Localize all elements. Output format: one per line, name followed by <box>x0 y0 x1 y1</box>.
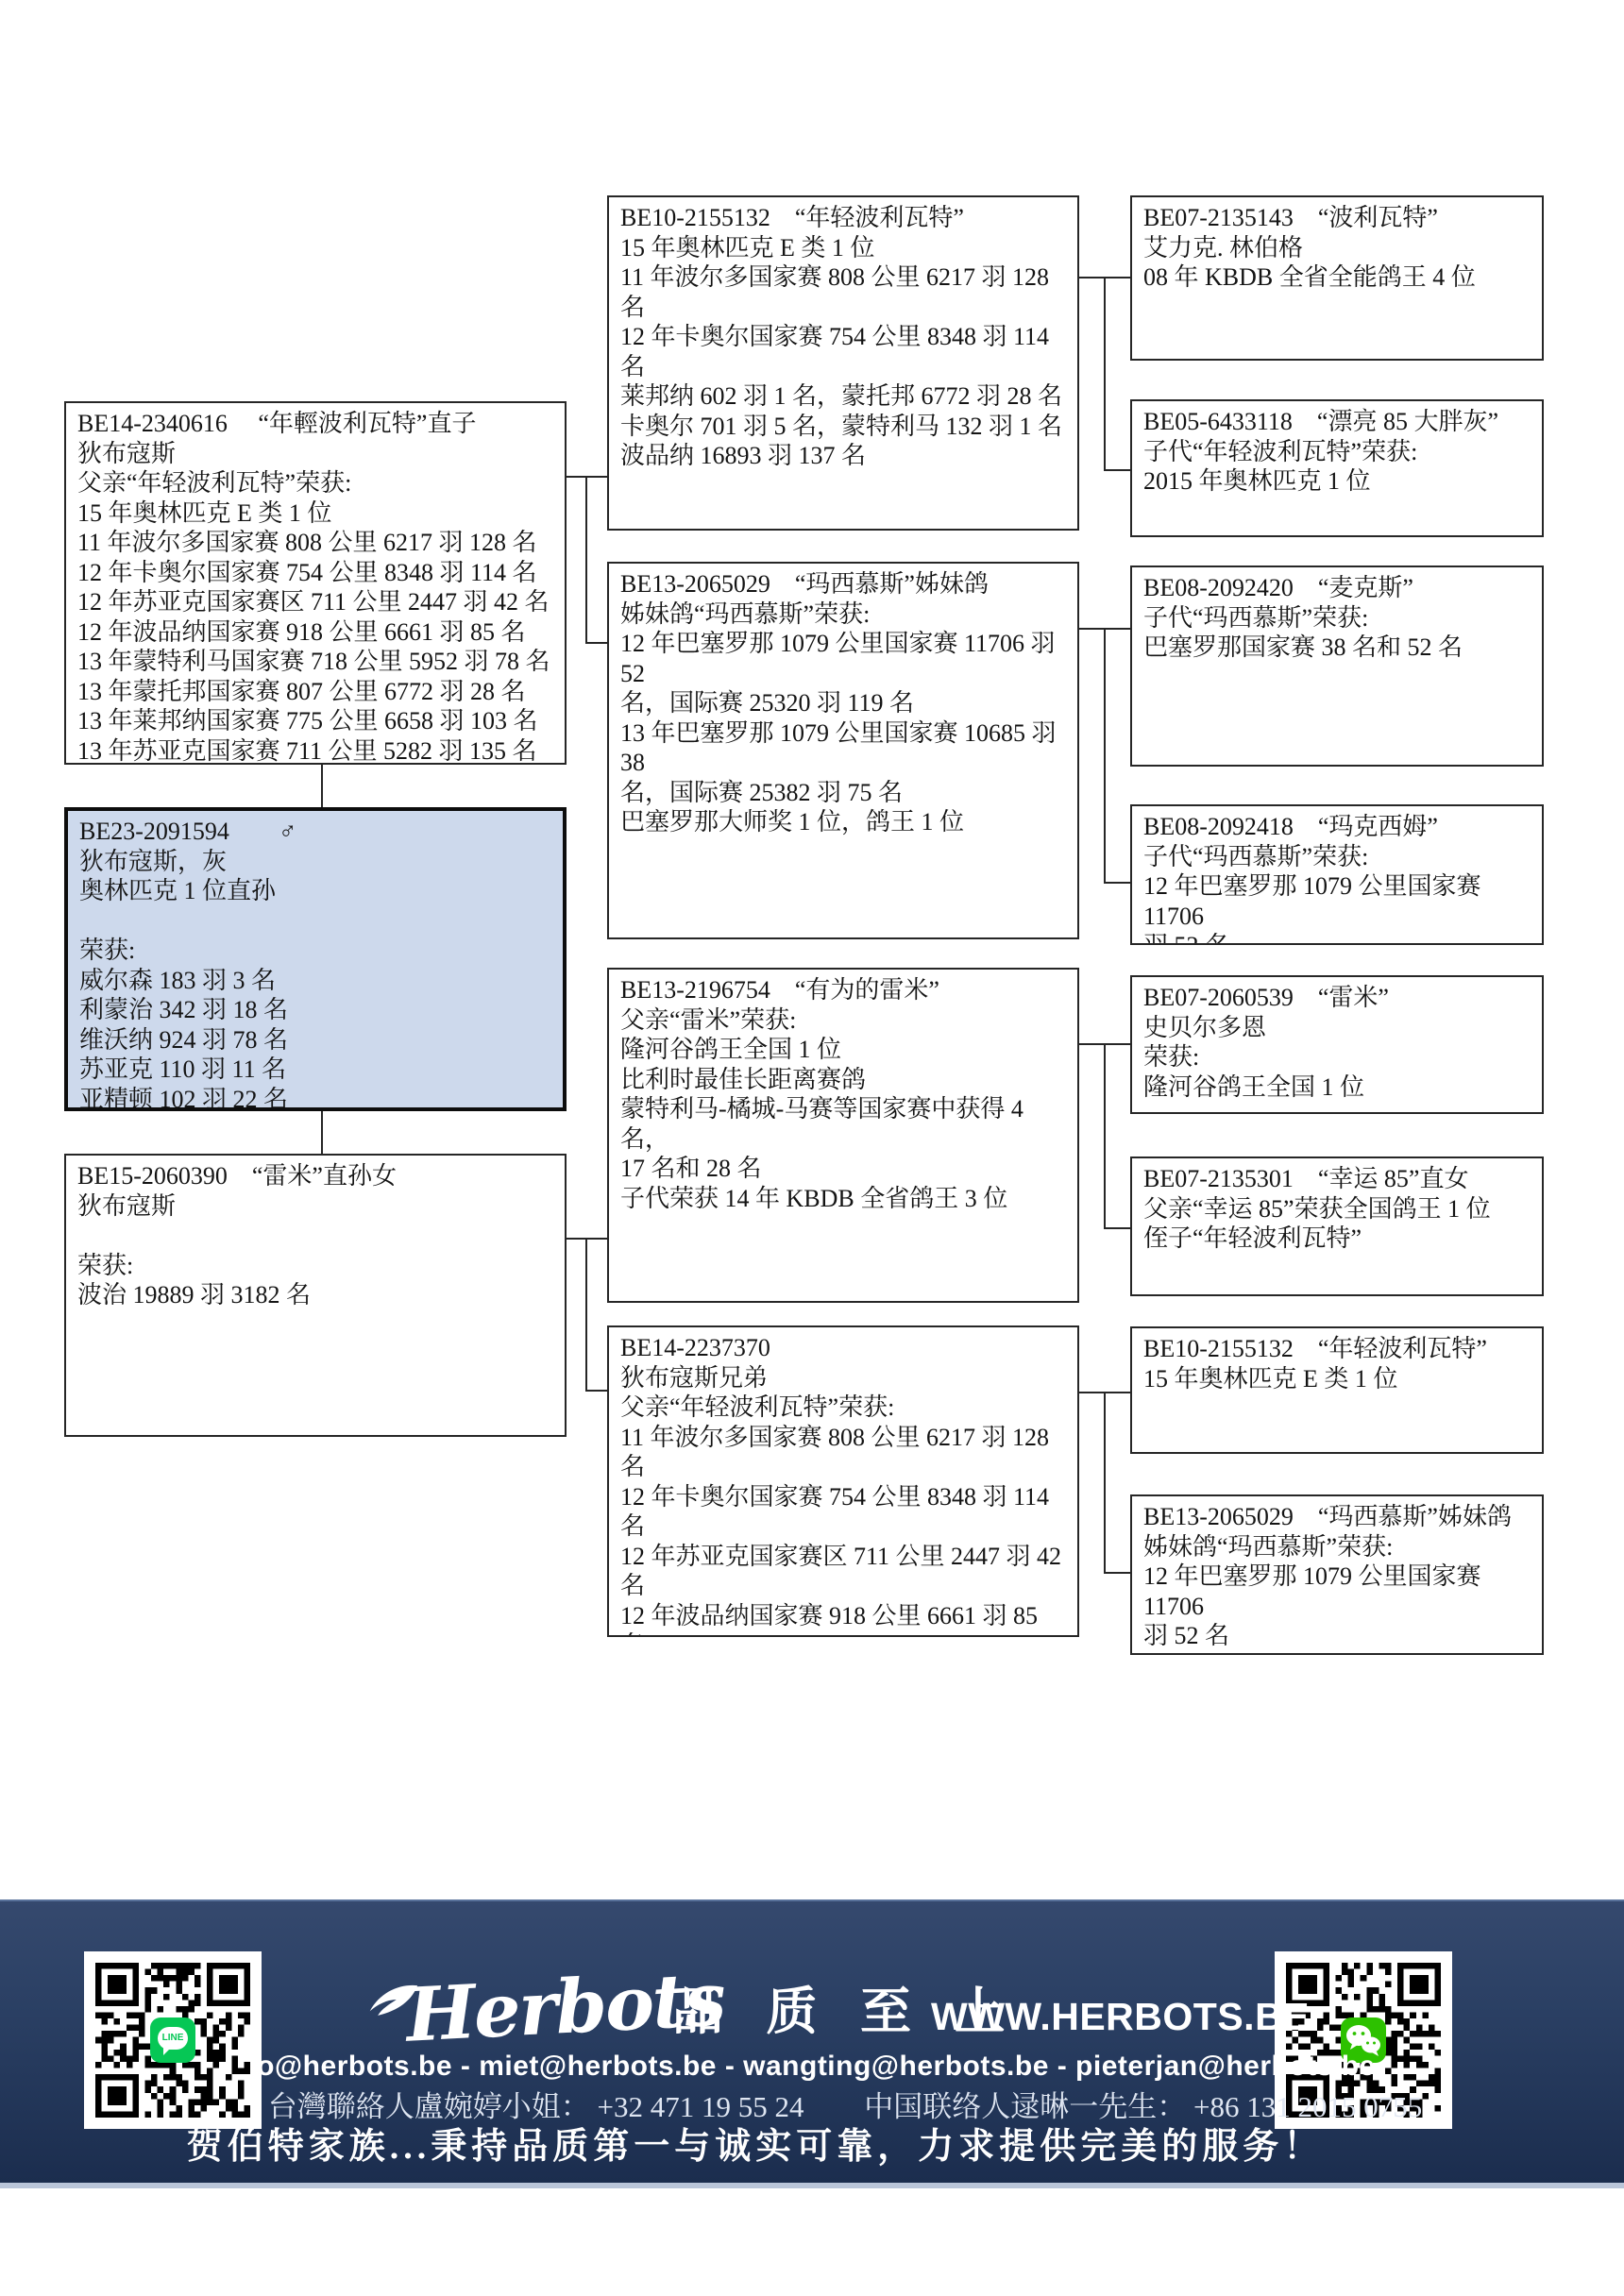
box-line: 12 年巴塞罗那 1079 公里国家赛 11706 <box>1143 1562 1531 1621</box>
pedigree-box-be13-2065029-dup: BE13-2065029 “玛西慕斯”姊妹鸽姊妹鸽“玛西慕斯”荣获:12 年巴塞… <box>1130 1494 1544 1655</box>
connector-line <box>585 642 607 644</box>
box-line: 狄布寇斯 <box>77 439 553 469</box>
connector-line <box>585 476 587 642</box>
china-contact: 中国联络人逯晽一先生： +86 131 2015 0755 <box>864 2090 1422 2123</box>
box-line: BE13-2196754 “有为的雷米” <box>620 975 1066 1005</box>
pedigree-box-be07-2060539: BE07-2060539 “雷米”史贝尔多恩荣获:隆河谷鸽王全国 1 位 <box>1130 975 1544 1114</box>
box-line: 13 年苏亚克国家赛 711 公里 5282 羽 135 名 <box>77 736 553 766</box>
pedigree-box-be07-2135301: BE07-2135301 “幸运 85”直女父亲“幸运 85”荣获全国鸽王 1 … <box>1130 1156 1544 1296</box>
box-line: 12 年波品纳国家赛 918 公里 6661 羽 85 名 <box>77 617 553 648</box>
box-line: BE08-2092418 “玛克西姆” <box>1143 812 1531 842</box>
box-line: 卡奥尔 701 羽 5 名，蒙特利马 132 羽 1 名 <box>620 412 1066 442</box>
box-line: 蒙特利马-橘城-马赛等国家赛中获得 4 名， <box>620 1094 1066 1154</box>
connector-line <box>1104 1227 1130 1229</box>
website-url: WWW.HERBOTS.BE <box>931 1992 1310 2041</box>
connector-line <box>1104 628 1106 882</box>
email-line: jo@herbots.be - miet@herbots.be - wangti… <box>0 2049 1624 2085</box>
box-line: BE07-2135143 “波利瓦特” <box>1143 203 1531 233</box>
box-line: 子代“年轻波利瓦特”荣获: <box>1143 437 1531 467</box>
box-line: 名，国际赛 25320 羽 119 名 <box>620 688 1066 718</box>
box-line: 羽 52 名 <box>1143 1621 1531 1651</box>
box-line: 12 年卡奥尔国家赛 754 公里 8348 羽 114 名 <box>620 1482 1066 1542</box>
connector-line <box>585 1238 587 1390</box>
box-line: 荣获: <box>1143 1042 1531 1072</box>
pedigree-box-be15-2060390: BE15-2060390 “雷米”直孙女狄布寇斯 荣获:波治 19889 羽 3… <box>64 1154 567 1437</box>
pedigree-box-be10-2155132: BE10-2155132 “年轻波利瓦特”15 年奥林匹克 E 类 1 位11 … <box>607 195 1079 531</box>
box-line: 艾力克. 林伯格 <box>1143 233 1531 263</box>
connector-line <box>1104 1572 1130 1574</box>
connector-line <box>1104 277 1106 469</box>
box-line: BE10-2155132 “年轻波利瓦特” <box>1143 1334 1531 1364</box>
box-line: BE07-2135301 “幸运 85”直女 <box>1143 1164 1531 1194</box>
box-line: 狄布寇斯 <box>77 1191 553 1222</box>
box-line: BE23-2091594 ♂ <box>79 817 551 847</box>
pedigree-box-be14-2340616: BE14-2340616 “年輕波利瓦特”直子狄布寇斯父亲“年轻波利瓦特”荣获:… <box>64 401 567 765</box>
pedigree-box-be05-6433118: BE05-6433118 “漂亮 85 大胖灰”子代“年轻波利瓦特”荣获:201… <box>1130 399 1544 537</box>
box-line: 12 年卡奥尔国家赛 754 公里 8348 羽 114 名 <box>77 558 553 588</box>
box-line: 2015 年奥林匹克 1 位 <box>1143 466 1531 497</box>
box-line: 维沃纳 924 羽 78 名 <box>79 1025 551 1055</box>
box-line: 11 年波尔多国家赛 808 公里 6217 羽 128 名 <box>77 528 553 558</box>
box-line: 08 年 KBDB 全省全能鸽王 4 位 <box>1143 262 1531 293</box>
box-line: BE13-2065029 “玛西慕斯”姊妹鸽 <box>1143 1502 1531 1532</box>
box-line: BE08-2092420 “麦克斯” <box>1143 573 1531 603</box>
box-line: 史贝尔多恩 <box>1143 1013 1531 1043</box>
connector-line <box>1104 469 1130 471</box>
box-line: 12 年波品纳国家赛 918 公里 6661 羽 85 名 <box>620 1601 1066 1638</box>
box-line: BE10-2155132 “年轻波利瓦特” <box>620 203 1066 233</box>
box-line: BE07-2060539 “雷米” <box>1143 983 1531 1013</box>
box-line: 15 年奥林匹克 E 类 1 位 <box>1143 1364 1531 1394</box>
box-line: 隆河谷鸽王全国 1 位 <box>1143 1072 1531 1103</box>
box-line: 12 年苏亚克国家赛区 711 公里 2447 羽 42 <box>620 1542 1066 1572</box>
connector-line <box>585 1390 607 1392</box>
box-line: 13 年莱邦纳国家赛 775 公里 6658 羽 103 名 <box>77 706 553 736</box>
box-line: 苏亚克 110 羽 11 名 <box>79 1055 551 1085</box>
connector-line <box>321 765 323 807</box>
pedigree-box-be08-2092420: BE08-2092420 “麦克斯”子代“玛西慕斯”荣获:巴塞罗那国家赛 38 … <box>1130 566 1544 767</box>
box-line <box>77 1221 553 1251</box>
box-line: 荣获: <box>77 1251 553 1281</box>
box-line: BE15-2060390 “雷米”直孙女 <box>77 1161 553 1191</box>
box-line: 名 <box>620 1571 1066 1601</box>
box-line: 波治 19889 羽 3182 名 <box>77 1280 553 1310</box>
pedigree-box-be13-2065029: BE13-2065029 “玛西慕斯”姊妹鸽姊妹鸽“玛西慕斯”荣获:12 年巴塞… <box>607 562 1079 939</box>
box-line: 巴塞罗那大师奖 1 位，鸽王 1 位 <box>620 807 1066 837</box>
box-line: 子代“玛西慕斯”荣获: <box>1143 603 1531 633</box>
line-icon-label: LINE <box>158 2032 188 2045</box>
slogan-line: 贺伯特家族...秉持品质第一与诚实可靠，力求提供完美的服务！ <box>0 2124 1511 2169</box>
connector-line <box>1104 882 1130 884</box>
box-line: 12 年巴塞罗那 1079 公里国家赛 11706 <box>1143 871 1531 931</box>
box-line: 利蒙治 342 羽 18 名 <box>79 995 551 1025</box>
box-line: 17 名和 28 名 <box>620 1154 1066 1184</box>
box-line: 莱邦纳 602 羽 1 名，蒙托邦 6772 羽 28 名 <box>620 381 1066 412</box>
box-line: 巴塞罗那国家赛 38 名和 52 名 <box>1143 633 1531 663</box>
box-line: 13 年巴塞罗那 1079 公里国家赛 10685 羽 38 <box>620 718 1066 778</box>
pedigree-box-be10-2155132-dup: BE10-2155132 “年轻波利瓦特”15 年奥林匹克 E 类 1 位 <box>1130 1326 1544 1454</box>
box-line: 11 年波尔多国家赛 808 公里 6217 羽 128 名 <box>620 1423 1066 1482</box>
connector-line <box>1104 1043 1106 1227</box>
box-line: BE13-2065029 “玛西慕斯”姊妹鸽 <box>620 569 1066 599</box>
box-line: 姊妹鸽“玛西慕斯”荣获: <box>1143 1532 1531 1562</box>
taiwan-contact: 台灣聯絡人盧婉婷小姐： +32 471 19 55 24 <box>268 2090 804 2123</box>
box-line: 15 年奥林匹克 E 类 1 位 <box>620 233 1066 263</box>
box-line: 父亲“年轻波利瓦特”荣获: <box>620 1393 1066 1423</box>
box-line: 威尔森 183 羽 3 名 <box>79 966 551 996</box>
pedigree-box-be13-2196754: BE13-2196754 “有为的雷米”父亲“雷米”荣获:隆河谷鸽王全国 1 位… <box>607 968 1079 1303</box>
pedigree-box-be23-2091594-subject: BE23-2091594 ♂狄布寇斯，灰奥林匹克 1 位直孙 荣获:威尔森 18… <box>64 807 567 1111</box>
box-line: 侄子“年轻波利瓦特” <box>1143 1224 1531 1254</box>
box-line: BE14-2237370 <box>620 1333 1066 1363</box>
box-line: 荣获: <box>79 936 551 966</box>
box-line: 子代荣获 14 年 KBDB 全省鸽王 3 位 <box>620 1184 1066 1214</box>
pedigree-box-be14-2237370: BE14-2237370狄布寇斯兄弟父亲“年轻波利瓦特”荣获:11 年波尔多国家… <box>607 1325 1079 1637</box>
box-line: 波品纳 16893 羽 137 名 <box>620 441 1066 471</box>
box-line: 15 年奥林匹克 E 类 1 位 <box>77 498 553 529</box>
box-line: 12 年苏亚克国家赛区 711 公里 2447 羽 42 名 <box>77 587 553 617</box>
box-line <box>79 906 551 937</box>
box-line: BE14-2340616 “年輕波利瓦特”直子 <box>77 409 553 439</box>
box-line: 奥林匹克 1 位直孙 <box>79 876 551 906</box>
box-line: 羽 52 名 <box>1143 931 1531 945</box>
box-line: BE05-6433118 “漂亮 85 大胖灰” <box>1143 407 1531 437</box>
pedigree-chart-page: BE14-2340616 “年輕波利瓦特”直子狄布寇斯父亲“年轻波利瓦特”荣获:… <box>0 0 1624 2296</box>
box-line: 亚精顿 102 羽 22 名 <box>79 1085 551 1112</box>
box-line: 比利时最佳长距离赛鸽 <box>620 1065 1066 1095</box>
box-line: 名，国际赛 25382 羽 75 名 <box>620 778 1066 808</box>
pedigree-box-be07-2135143: BE07-2135143 “波利瓦特”艾力克. 林伯格08 年 KBDB 全省全… <box>1130 195 1544 361</box>
box-line: 父亲“幸运 85”荣获全国鸽王 1 位 <box>1143 1194 1531 1224</box>
box-line: 11 年波尔多国家赛 808 公里 6217 羽 128 名 <box>620 262 1066 322</box>
box-line: 13 年蒙托邦国家赛 807 公里 6772 羽 28 名 <box>77 677 553 707</box>
box-line: 父亲“雷米”荣获: <box>620 1005 1066 1036</box>
contact-line: 台灣聯絡人盧婉婷小姐： +32 471 19 55 24 中国联络人逯晽一先生：… <box>66 2088 1624 2126</box>
connector-line <box>321 1111 323 1154</box>
box-line: 狄布寇斯，灰 <box>79 847 551 877</box>
box-line: 狄布寇斯兄弟 <box>620 1363 1066 1393</box>
connector-line <box>1104 1392 1106 1572</box>
box-line: 子代“玛西慕斯”荣获: <box>1143 842 1531 872</box>
box-line: 12 年巴塞罗那 1079 公里国家赛 11706 羽 52 <box>620 629 1066 688</box>
box-line: 姊妹鸽“玛西慕斯”荣获: <box>620 599 1066 630</box>
box-line: 13 年蒙特利马国家赛 718 公里 5952 羽 78 名 <box>77 647 553 677</box>
pedigree-box-be08-2092418: BE08-2092418 “玛克西姆”子代“玛西慕斯”荣获:12 年巴塞罗那 1… <box>1130 804 1544 945</box>
box-line: 隆河谷鸽王全国 1 位 <box>620 1035 1066 1065</box>
box-line: 12 年卡奥尔国家赛 754 公里 8348 羽 114 名 <box>620 322 1066 381</box>
box-line: 父亲“年轻波利瓦特”荣获: <box>77 468 553 498</box>
